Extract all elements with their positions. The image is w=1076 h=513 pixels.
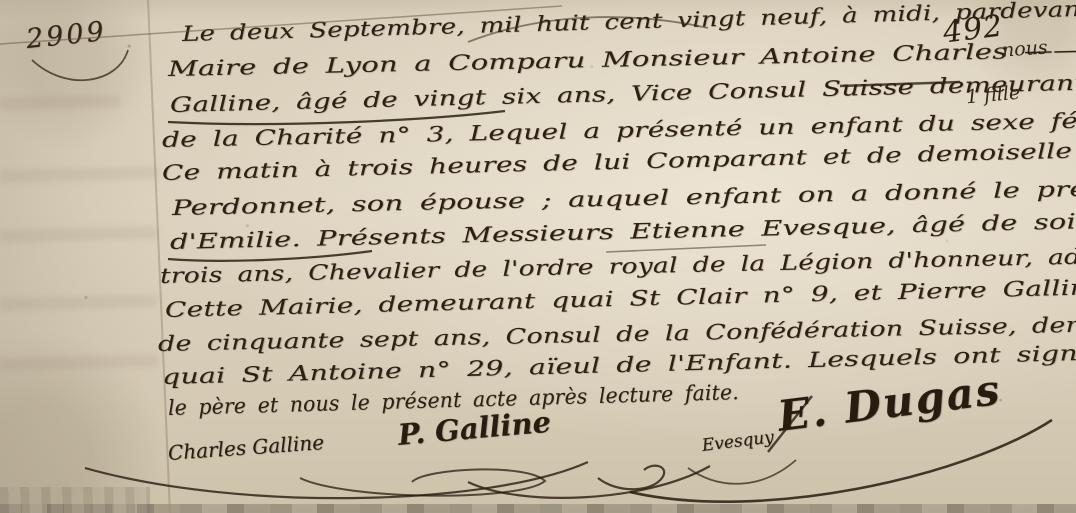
line-text: Le deux Septembre, mil huit cent vingt n… <box>182 0 1076 46</box>
p-galline-paraph <box>468 466 710 498</box>
act-number: 2909 <box>25 16 109 55</box>
fold-line <box>148 0 170 513</box>
verso-bleedthrough <box>0 166 158 183</box>
charles-galline-loop <box>300 469 545 495</box>
act-number-flourish <box>32 50 128 80</box>
surname-galline-underlined: Galline <box>170 91 272 117</box>
verso-bleedthrough <box>0 294 158 311</box>
verso-bleedthrough <box>0 95 120 111</box>
scanner-edge-artifact <box>0 504 1076 513</box>
signature-dugas-adjoint: E. Dugas <box>775 365 1004 441</box>
forename-emilie-underlined: d'Emilie <box>170 227 292 254</box>
signature-evesque: Evesquy <box>701 427 775 456</box>
verso-bleedthrough <box>0 226 158 243</box>
charles-galline-paraph <box>85 462 588 498</box>
evesque-paraph <box>688 460 796 484</box>
scanner-edge-artifact-left <box>0 487 150 513</box>
dugas-small-loop <box>598 466 664 490</box>
document-scan: 2909 492 nous 1 fille Le deux Septembre,… <box>0 0 1076 513</box>
signature-charles-galline: Charles Galline <box>167 430 325 465</box>
manuscript-line-1: Le deux Septembre, mil huit cent vingt n… <box>182 0 1076 46</box>
verso-bleedthrough <box>0 354 158 371</box>
